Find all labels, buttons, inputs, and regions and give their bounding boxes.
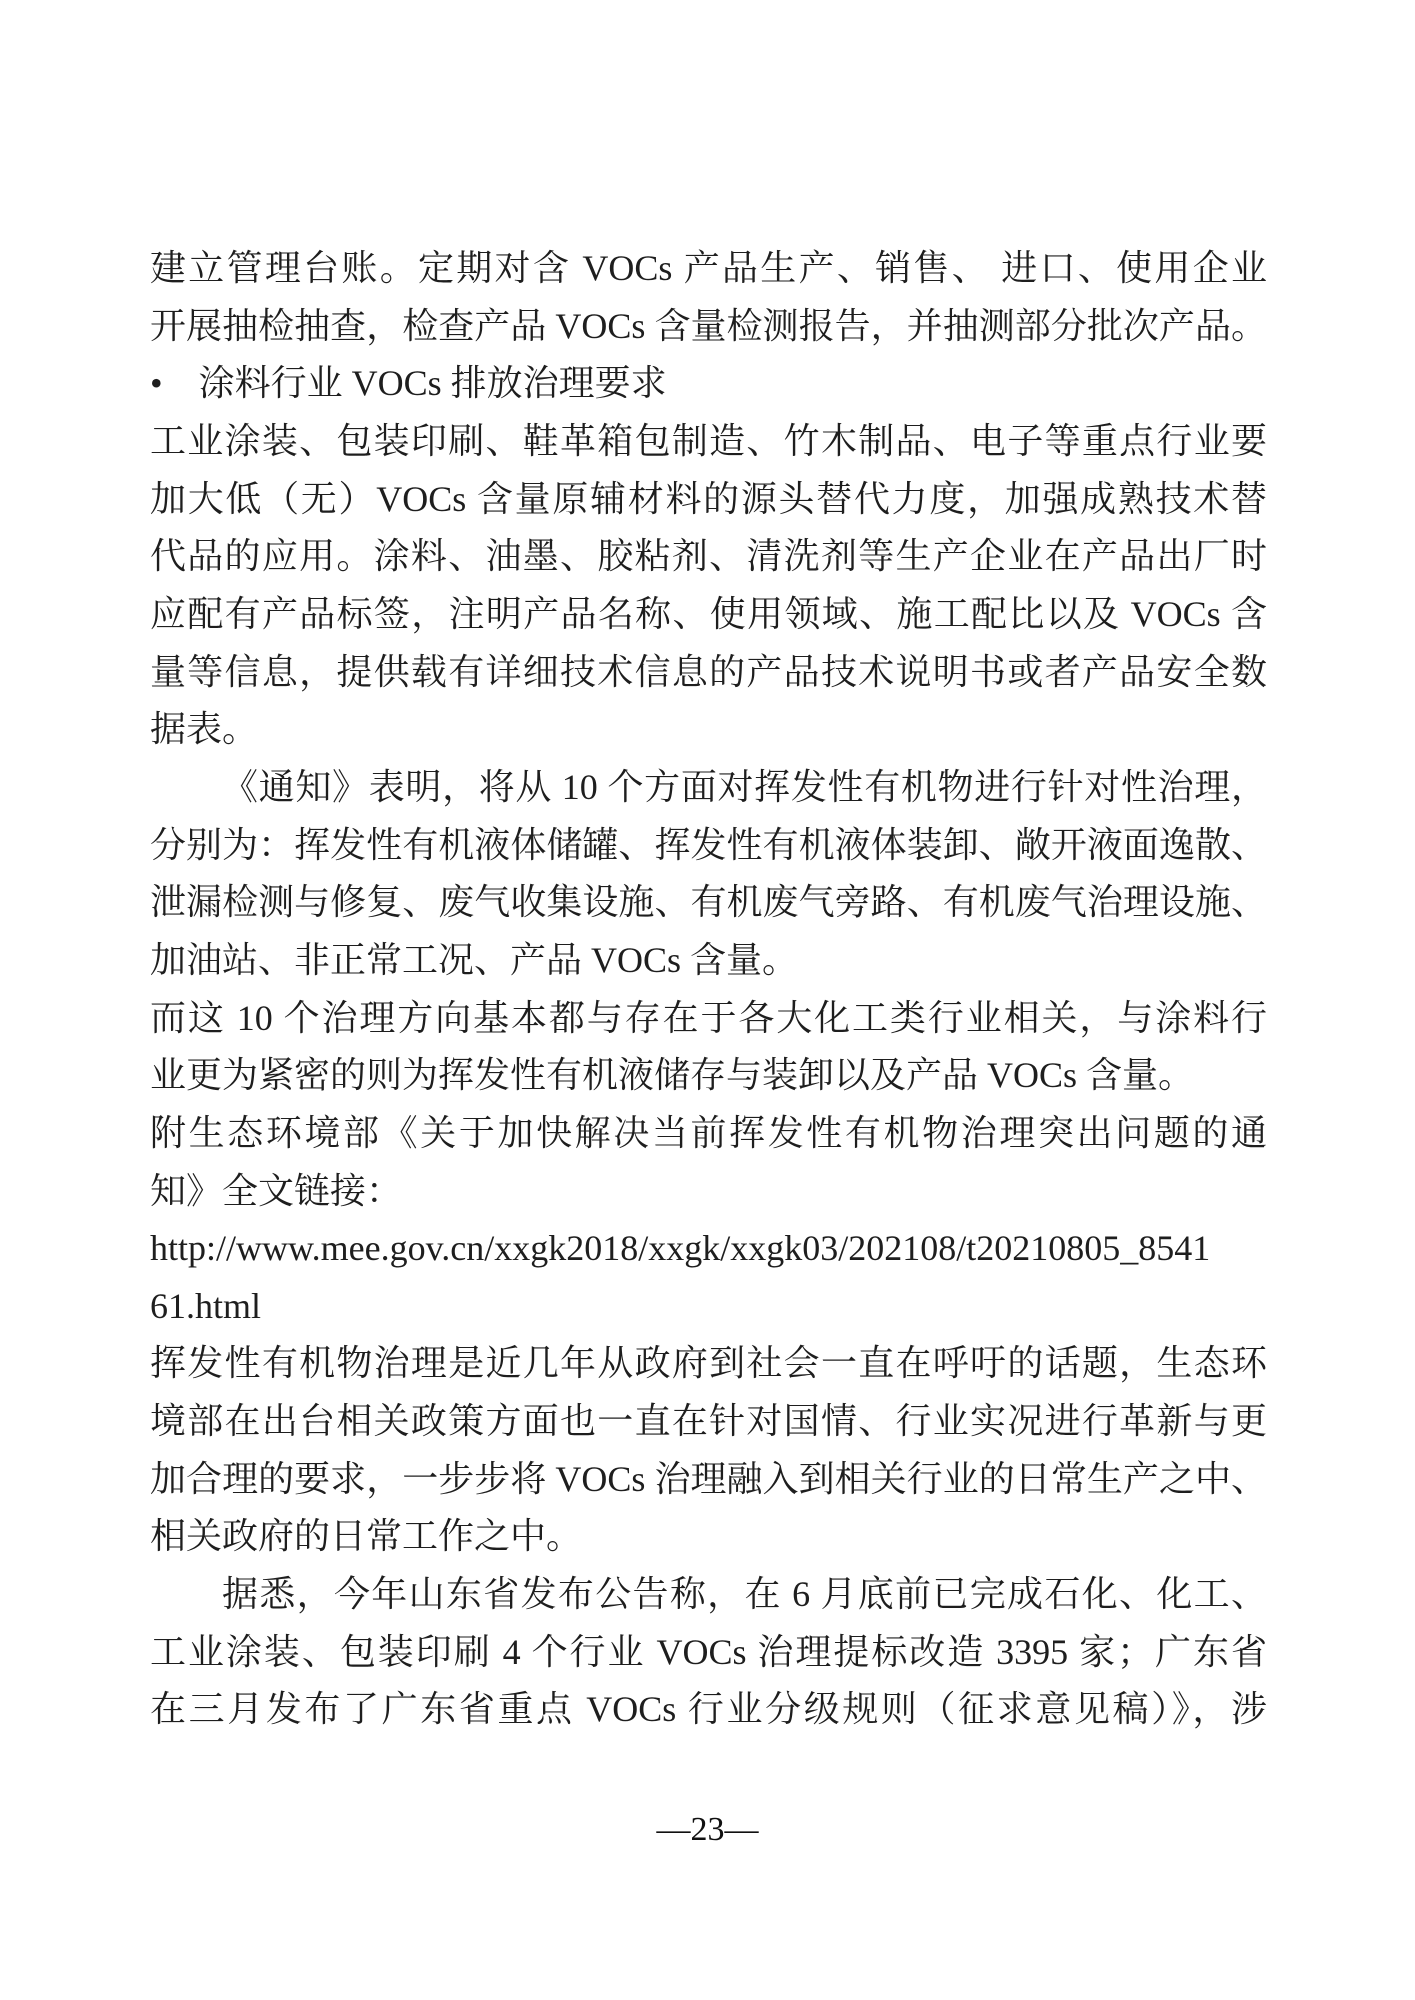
text-line: 挥发性有机物治理是近几年从政府到社会一直在呼吁的话题，生态环 [150, 1335, 1267, 1393]
text-line: 据悉，今年山东省发布公告称，在 6 月底前已完成石化、化工、 [150, 1566, 1267, 1624]
text-line: http://www.mee.gov.cn/xxgk2018/xxgk/xxgk… [150, 1220, 1267, 1278]
text-line: 工业涂装、包装印刷 4 个行业 VOCs 治理提标改造 3395 家；广东省 [150, 1624, 1267, 1682]
text-line: 应配有产品标签，注明产品名称、使用领域、施工配比以及 VOCs 含 [150, 586, 1267, 644]
text-line: 加大低（无）VOCs 含量原辅材料的源头替代力度，加强成熟技术替 [150, 471, 1267, 529]
document-page: 建立管理台账。定期对含 VOCs 产品生产、销售、 进口、使用企业开展抽检抽查，… [0, 0, 1415, 2000]
text-line: 境部在出台相关政策方面也一直在针对国情、行业实况进行革新与更 [150, 1393, 1267, 1451]
page-number: —23— [0, 1806, 1415, 1854]
text-line: 分别为：挥发性有机液体储罐、挥发性有机液体装卸、敞开液面逸散、 [150, 817, 1267, 875]
document-body: 建立管理台账。定期对含 VOCs 产品生产、销售、 进口、使用企业开展抽检抽查，… [150, 240, 1267, 1739]
text-line: 加油站、非正常工况、产品 VOCs 含量。 [150, 932, 1267, 990]
text-line: 相关政府的日常工作之中。 [150, 1508, 1267, 1566]
text-line: 附生态环境部《关于加快解决当前挥发性有机物治理突出问题的通 [150, 1105, 1267, 1163]
text-line: 建立管理台账。定期对含 VOCs 产品生产、销售、 进口、使用企业 [150, 240, 1267, 298]
text-line: 而这 10 个治理方向基本都与存在于各大化工类行业相关，与涂料行 [150, 990, 1267, 1048]
text-line: 61.html [150, 1278, 1267, 1336]
text-line: 泄漏检测与修复、废气收集设施、有机废气旁路、有机废气治理设施、 [150, 874, 1267, 932]
text-line: 知》全文链接： [150, 1163, 1267, 1221]
text-line: 在三月发布了广东省重点 VOCs 行业分级规则（征求意见稿）》，涉 [150, 1681, 1267, 1739]
text-line: 工业涂装、包装印刷、鞋革箱包制造、竹木制品、电子等重点行业要 [150, 413, 1267, 471]
text-line: 业更为紧密的则为挥发性有机液储存与装卸以及产品 VOCs 含量。 [150, 1047, 1267, 1105]
text-line: • 涂料行业 VOCs 排放治理要求 [150, 355, 1267, 413]
text-line: 开展抽检抽查，检查产品 VOCs 含量检测报告，并抽测部分批次产品。 [150, 298, 1267, 356]
text-line: 加合理的要求，一步步将 VOCs 治理融入到相关行业的日常生产之中、 [150, 1451, 1267, 1509]
text-line: 《通知》表明，将从 10 个方面对挥发性有机物进行针对性治理， [150, 759, 1267, 817]
text-line: 代品的应用。涂料、油墨、胶粘剂、清洗剂等生产企业在产品出厂时 [150, 528, 1267, 586]
text-line: 据表。 [150, 701, 1267, 759]
text-line: 量等信息，提供载有详细技术信息的产品技术说明书或者产品安全数 [150, 644, 1267, 702]
